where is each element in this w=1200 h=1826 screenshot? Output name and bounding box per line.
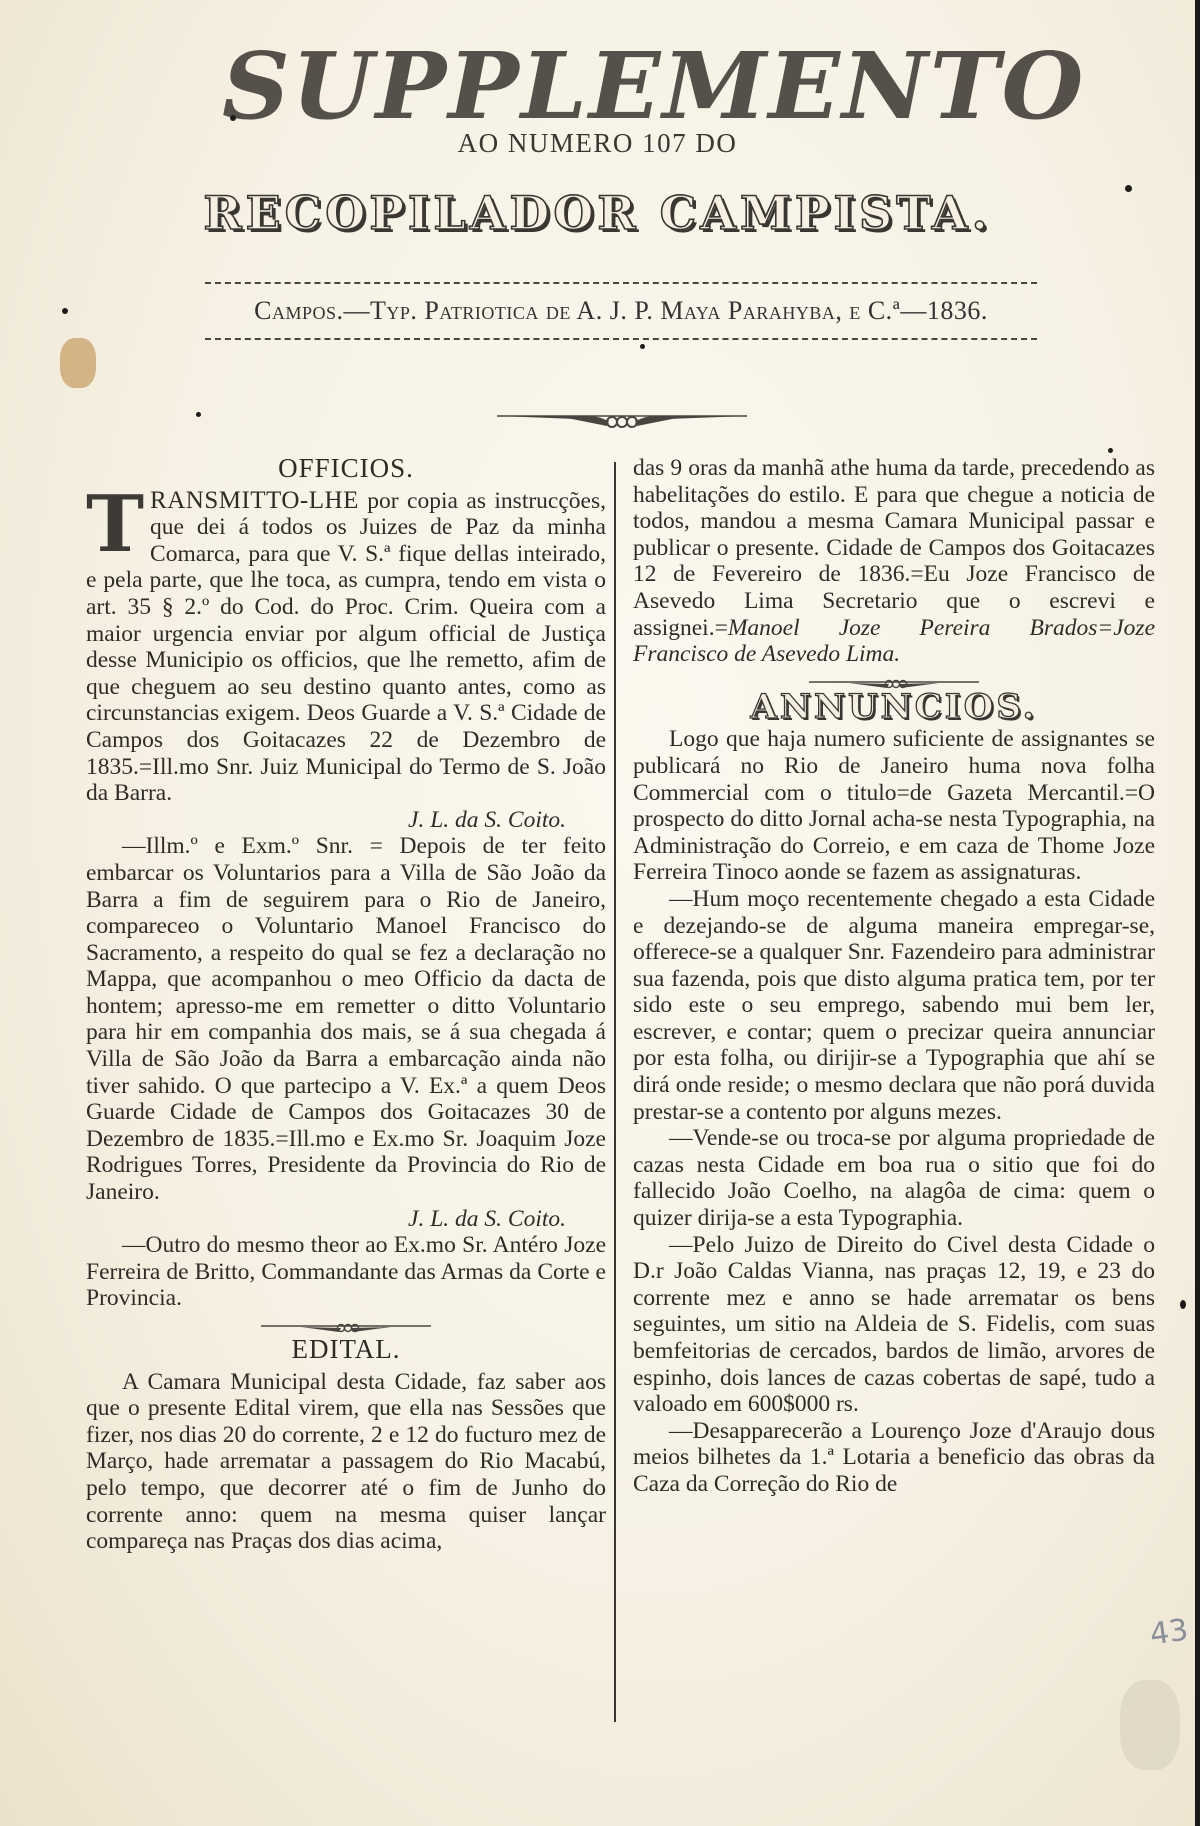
ink-speck	[1125, 185, 1132, 192]
supplement-title: SUPPLEMENTO	[222, 40, 1038, 132]
paper-stain	[60, 338, 96, 388]
officios-heading: OFFICIOS.	[86, 455, 606, 482]
officio-paragraph-1: por copia as instrucções, que dei á todo…	[86, 488, 606, 807]
advertisement: —Hum moço recentemente chegado a esta Ci…	[633, 886, 1155, 1125]
advertisement: Logo que haja numero suficiente de assig…	[633, 726, 1155, 886]
issue-subtitle: AO NUMERO 107 DO	[0, 128, 1195, 159]
newspaper-page: SUPPLEMENTO AO NUMERO 107 DO RECOPILADOR…	[0, 0, 1200, 1826]
paper-stain	[1120, 1680, 1180, 1770]
column-divider	[614, 462, 616, 1722]
officio-paragraph-2: —Illm.º e Exm.º Snr. = Depois de ter fei…	[86, 833, 606, 1205]
left-column: OFFICIOS. T RANSMITTO-LHE por copia as i…	[86, 455, 606, 1555]
ink-speck	[230, 115, 236, 121]
ink-speck	[1108, 448, 1113, 453]
right-column: das 9 oras da manhã athe huma da tarde, …	[633, 455, 1155, 1498]
signature-coito-1: J. L. da S. Coito.	[86, 807, 606, 834]
edital-continuation-text: das 9 oras da manhã athe huma da tarde, …	[633, 455, 1155, 641]
ornament-divider-icon	[497, 410, 747, 432]
edital-continuation: das 9 oras da manhã athe huma da tarde, …	[633, 455, 1155, 668]
officio-paragraph-3: —Outro do mesmo theor ao Ex.mo Sr. Antér…	[86, 1232, 606, 1312]
officios-first-letter: T RANSMITTO-LHE por copia as instrucções…	[86, 488, 606, 807]
ink-speck	[196, 412, 201, 417]
advertisement: —Vende-se ou troca-se por alguma proprie…	[633, 1125, 1155, 1231]
signature-coito-2: J. L. da S. Coito.	[86, 1206, 606, 1233]
newspaper-name: RECOPILADOR CAMPISTA.	[0, 186, 1195, 240]
advertisement: —Pelo Juizo de Direito do Civel desta Ci…	[633, 1232, 1155, 1418]
advertisement: —Desapparecerão a Lourenço Joze d'Araujo…	[633, 1418, 1155, 1498]
ink-speck	[640, 344, 645, 349]
annuncios-heading: ANNUNCIOS.	[633, 694, 1155, 721]
margin-page-number: 43	[1148, 1613, 1191, 1653]
masthead-rule-bottom	[205, 338, 1037, 340]
ink-speck	[1180, 1300, 1186, 1309]
section-ornament-icon	[261, 1320, 431, 1334]
ink-speck	[62, 308, 68, 314]
imprint-line: Campos.—Typ. Patriotica de A. J. P. Maya…	[205, 296, 1037, 326]
masthead-rule-top	[205, 282, 1037, 284]
edital-heading: EDITAL.	[86, 1336, 606, 1363]
edital-paragraph: A Camara Municipal desta Cidade, faz sab…	[86, 1369, 606, 1555]
lead-caps: RANSMITTO-LHE	[150, 487, 359, 514]
drop-cap: T	[86, 494, 144, 556]
